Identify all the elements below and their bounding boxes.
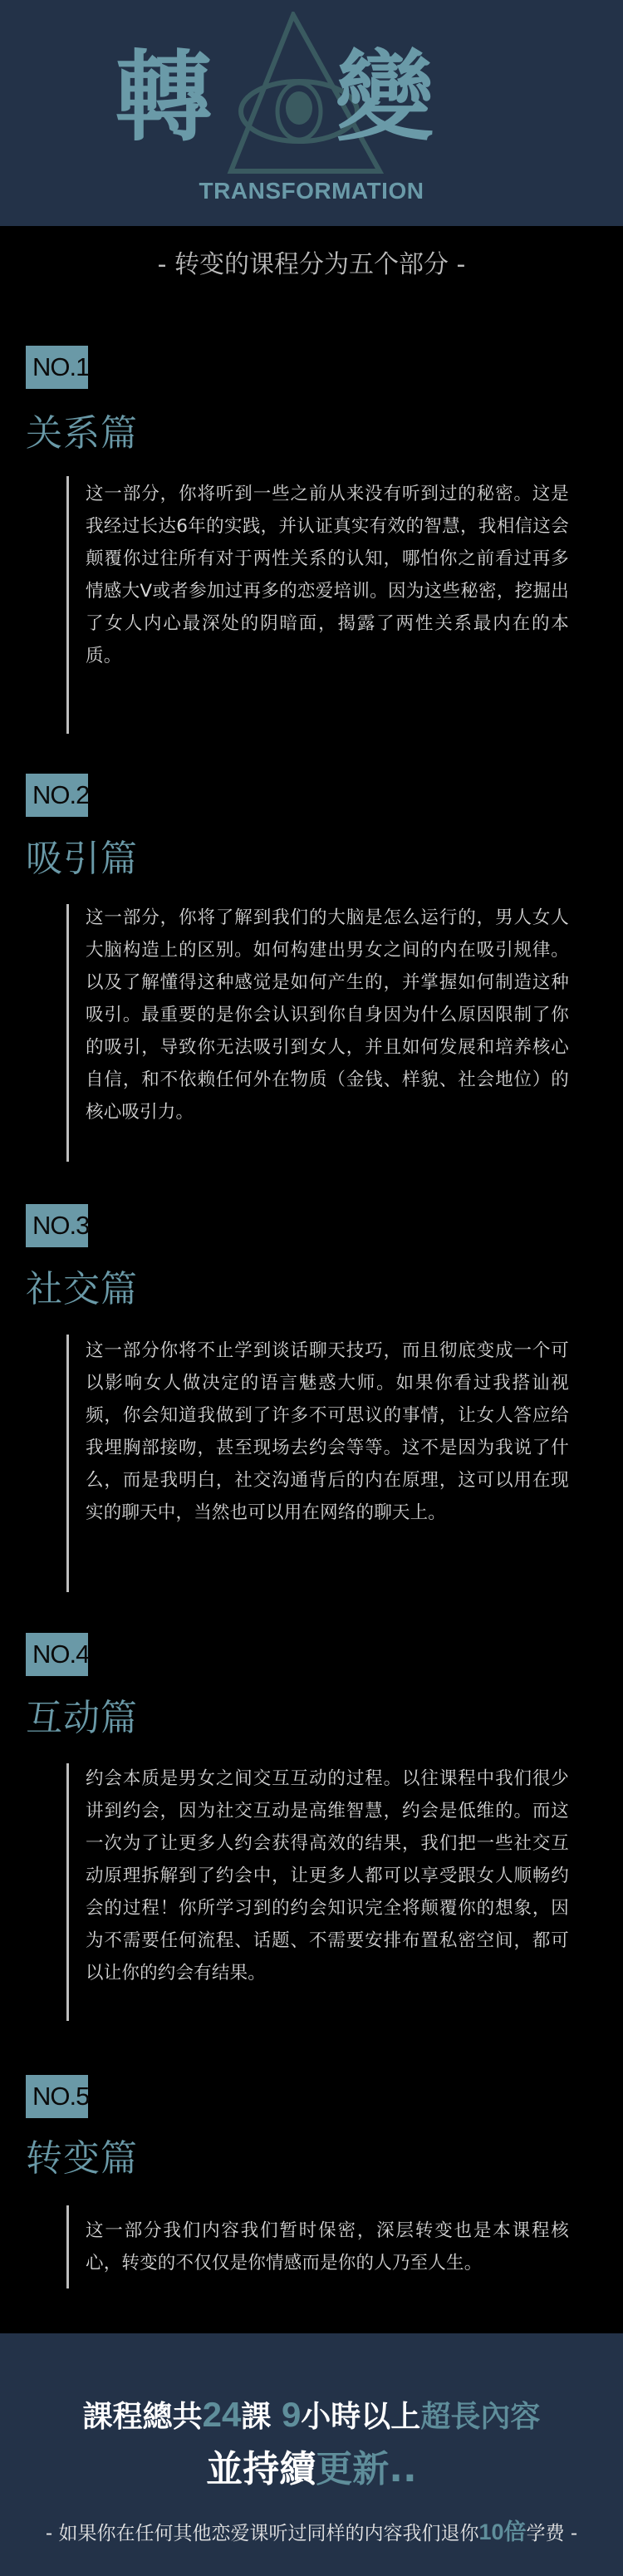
section-1-divider bbox=[66, 476, 69, 734]
stats-highlight: 超長內容 bbox=[420, 2400, 540, 2434]
footer-banner: 課程總共24課 9小時以上超長內容 並持續更新.. - 如果你在任何其他恋爱课听… bbox=[0, 2333, 623, 2576]
section-3-text: 这一部分你将不止学到谈话聊天技巧，而且彻底变成一个可以影响女人做决定的语言魅惑大… bbox=[86, 1335, 569, 1529]
course-overview-heading: - 转变的课程分为五个部分 - bbox=[0, 243, 623, 280]
logo-subtitle: TRANSFORMATION bbox=[0, 178, 623, 204]
refund-text-2: 学费 - bbox=[527, 2523, 578, 2544]
refund-text-1: - 如果你在任何其他恋爱课听过同样的内容我们退你 bbox=[46, 2523, 479, 2544]
logo: 轉 變 TRANSFORMATION bbox=[0, 0, 623, 226]
section-2-text: 这一部分，你将了解到我们的大脑是怎么运行的，男人女人大脑构造上的区别。如何构建出… bbox=[86, 902, 569, 1128]
update-text: 並持續 bbox=[206, 2448, 316, 2490]
logo-char-left: 轉 bbox=[115, 43, 213, 151]
hour-count: 9 bbox=[282, 2395, 301, 2434]
course-stats-line: 課程總共24課 9小時以上超長內容 bbox=[0, 2397, 623, 2436]
section-1-badge: NO.1 bbox=[26, 346, 88, 389]
stats-text-1: 課程總共 bbox=[83, 2400, 203, 2434]
logo-char-right: 變 bbox=[336, 43, 434, 151]
update-highlight: 更新 bbox=[316, 2448, 389, 2490]
section-4-title: 互动篇 bbox=[26, 1697, 138, 1740]
lesson-count: 24 bbox=[203, 2395, 242, 2434]
refund-guarantee-line: - 如果你在任何其他恋爱课听过同样的内容我们退你10倍学费 - bbox=[0, 2519, 623, 2546]
section-1-text: 这一部分，你将听到一些之前从来没有听到过的秘密。这是我经过长达6年的实践，并认证… bbox=[86, 478, 569, 672]
section-5-text: 这一部分我们内容我们暂时保密，深层转变也是本课程核心，转变的不仅仅是你情感而是你… bbox=[86, 2215, 569, 2279]
section-3-title: 社交篇 bbox=[26, 1268, 138, 1311]
refund-multiple: 10倍 bbox=[478, 2519, 526, 2544]
section-2-title: 吸引篇 bbox=[26, 838, 138, 881]
section-4-text: 约会本质是男女之间交互互动的过程。以往课程中我们很少讲到约会，因为社交互动是高维… bbox=[86, 1762, 569, 1989]
section-2-badge: NO.2 bbox=[26, 774, 88, 817]
update-ellipsis: .. bbox=[389, 2448, 416, 2490]
section-5-divider bbox=[66, 2205, 69, 2288]
stats-text-3: 小時以上 bbox=[301, 2400, 420, 2434]
section-2-divider bbox=[66, 904, 69, 1162]
section-3-badge: NO.3 bbox=[26, 1204, 88, 1247]
section-5-badge: NO.5 bbox=[26, 2075, 88, 2118]
stats-text-2: 課 bbox=[241, 2400, 282, 2434]
header-banner: 轉 變 TRANSFORMATION bbox=[0, 0, 623, 226]
section-4-badge: NO.4 bbox=[26, 1633, 88, 1676]
section-3-divider bbox=[66, 1335, 69, 1592]
section-4-divider bbox=[66, 1763, 69, 2021]
section-5-title: 转变篇 bbox=[26, 2137, 138, 2180]
update-line: 並持續更新.. bbox=[0, 2448, 623, 2491]
section-1-title: 关系篇 bbox=[26, 412, 138, 455]
